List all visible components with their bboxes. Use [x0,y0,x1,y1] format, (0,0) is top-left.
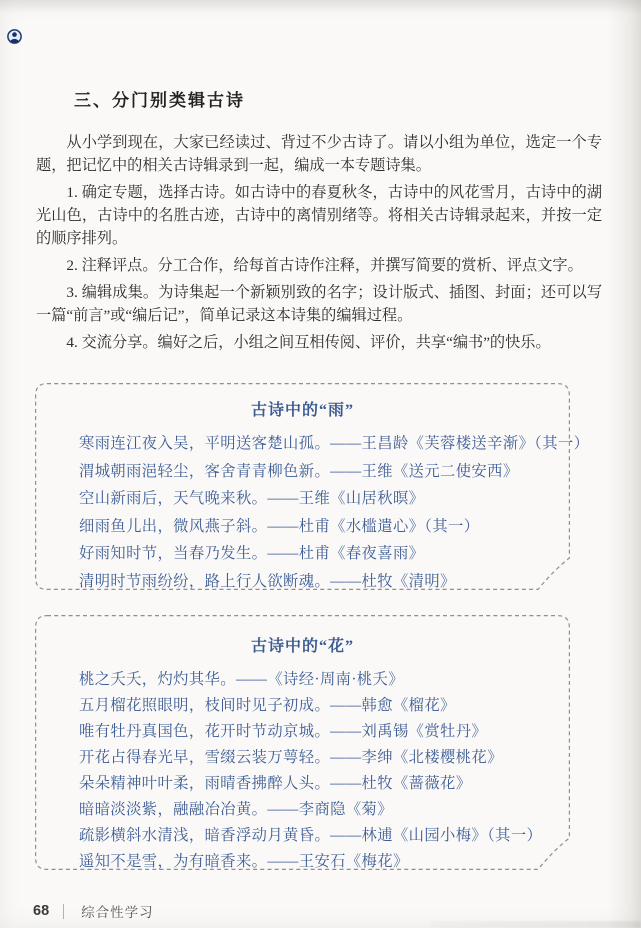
textbook-page: 三、分门别类辑古诗 从小学到现在，大家已经读过、背过不少古诗了。请以小组为单位，… [0,0,641,928]
poem-line: 好雨知时节，当春乃发生。——杜甫《春夜喜雨》 [79,540,550,568]
poem-line: 疏影横斜水清浅，暗香浮动月黄昏。——林逋《山园小梅》（其一） [79,823,550,849]
step-2-paragraph: 2. 注释评点。分工合作，给每首古诗作注释，并撰写简要的赏析、评点文字。 [36,254,602,277]
section-title: 三、分门别类辑古诗 [74,86,245,111]
step-3-paragraph: 3. 编辑成集。为诗集起一个新颖别致的名字；设计版式、插图、封面；还可以写一篇“… [36,281,602,327]
poem-list-rain: 寒雨连江夜入吴，平明送客楚山孤。——王昌龄《芙蓉楼送辛渐》（其一） 渭城朝雨浥轻… [35,430,570,595]
poem-line: 开花占得春光早，雪缀云装万萼轻。——李绅《北楼樱桃花》 [79,745,550,771]
poem-line: 唯有牡丹真国色，花开时节动京城。——刘禹锡《赏牡丹》 [79,719,550,745]
poem-line: 空山新雨后，天气晚来秋。——王维《山居秋暝》 [79,485,550,513]
poem-box-flower: 古诗中的“花” 桃之夭夭，灼灼其华。——《诗经·周南·桃夭》 五月榴花照眼明，枝… [35,615,570,870]
poem-line: 五月榴花照眼明，枝间时见子初成。——韩愈《榴花》 [79,693,550,719]
poem-line: 寒雨连江夜入吴，平明送客楚山孤。——王昌龄《芙蓉楼送辛渐》（其一） [79,430,550,458]
footer-divider [63,904,64,919]
page-footer: 68 综合性学习 [33,901,154,921]
box-title-flower: 古诗中的“花” [35,615,570,656]
poem-line: 遥知不是雪，为有暗香来。——王安石《梅花》 [79,849,550,875]
box-title-rain: 古诗中的“雨” [35,383,570,420]
footer-section-label: 综合性学习 [81,901,154,921]
poem-line: 清明时节雨纷纷，路上行人欲断魂。——杜牧《清明》 [79,568,550,596]
poem-line: 细雨鱼儿出，微风燕子斜。——杜甫《水槛遣心》（其一） [79,513,550,541]
poem-line: 暗暗淡淡紫，融融冶冶黄。——李商隐《菊》 [79,797,550,823]
step-4-paragraph: 4. 交流分享。编好之后，小组之间互相传阅、评价，共享“编书”的快乐。 [36,331,602,354]
intro-paragraph: 从小学到现在，大家已经读过、背过不少古诗了。请以小组为单位，选定一个专题，把记忆… [36,131,602,177]
body-text-block: 从小学到现在，大家已经读过、背过不少古诗了。请以小组为单位，选定一个专题，把记忆… [36,131,602,358]
poem-list-flower: 桃之夭夭，灼灼其华。——《诗经·周南·桃夭》 五月榴花照眼明，枝间时见子初成。—… [35,667,570,875]
poem-line: 桃之夭夭，灼灼其华。——《诗经·周南·桃夭》 [79,667,550,693]
poem-box-rain: 古诗中的“雨” 寒雨连江夜入吴，平明送客楚山孤。——王昌龄《芙蓉楼送辛渐》（其一… [35,383,570,590]
person-avatar-icon[interactable] [7,29,22,44]
poem-line: 朵朵精神叶叶柔，雨晴香拂醉人头。——杜牧《蔷薇花》 [79,771,550,797]
page-number: 68 [33,903,49,919]
photo-smudge [430,921,641,928]
poem-line: 渭城朝雨浥轻尘，客舍青青柳色新。——王维《送元二使安西》 [79,458,550,486]
step-1-paragraph: 1. 确定专题，选择古诗。如古诗中的春夏秋冬，古诗中的风花雪月，古诗中的湖光山色… [36,181,602,250]
